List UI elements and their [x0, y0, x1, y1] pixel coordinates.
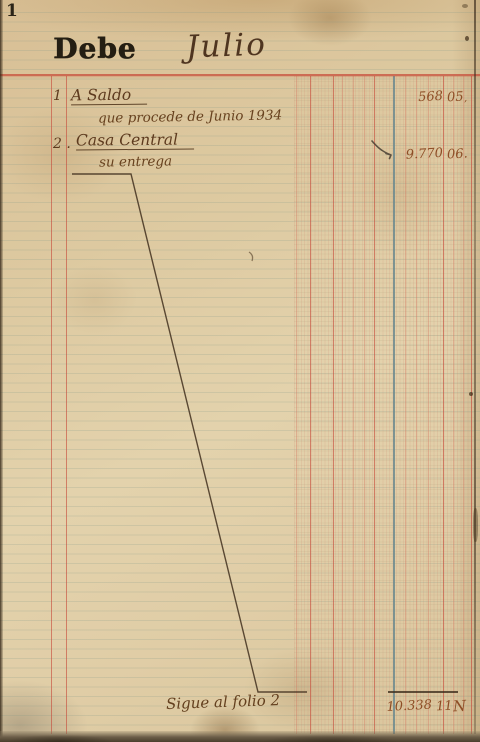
entry-day-number: 2 . [53, 136, 71, 152]
column-rule-red [66, 76, 67, 734]
column-rule-pink [296, 76, 297, 734]
total-amount-units: 10.338 [378, 698, 433, 716]
total-amount-cents: 11 [436, 699, 453, 715]
posting-mark: , [464, 93, 468, 104]
page-left-edge [0, 0, 3, 742]
entry-detail: su entrega [99, 153, 172, 170]
column-rule-pink [463, 76, 464, 734]
column-rule-red [51, 76, 52, 734]
header-rule [0, 74, 480, 76]
entry-amount-cents: 05 [447, 90, 464, 106]
column-rule-pink [428, 76, 429, 734]
column-rule-pink [353, 76, 354, 734]
edge-smudge [473, 508, 478, 542]
column-rule-pink [405, 76, 406, 734]
column-rule-red [374, 76, 375, 734]
auditor-flourish-mark: N [453, 697, 467, 716]
tick-mark-icon [370, 139, 396, 161]
entry-day-number: 1 [53, 88, 62, 104]
page-bottom-edge [0, 731, 480, 742]
column-rule-pink [364, 76, 365, 734]
entry-amount-units: 9.770 [396, 146, 444, 163]
entry-amount-cents: 06. [447, 146, 468, 162]
ledger-page: 1 Debe Julio 1 A Saldo que procede de Ju… [0, 0, 480, 742]
column-rule-red [310, 76, 311, 734]
next-page-edge [474, 0, 476, 734]
entry-description: A Saldo [71, 86, 147, 106]
entry-description: Casa Central [76, 130, 194, 150]
money-column-grid [294, 76, 474, 733]
month-header: Julio [185, 27, 267, 66]
entry-detail: que procede de Junio 1934 [98, 107, 282, 126]
entry-amount-units: 568 [400, 89, 444, 106]
column-rule-pink [342, 76, 343, 734]
ink-speck [465, 36, 469, 41]
debit-header: Debe [53, 32, 137, 65]
ink-speck [469, 392, 473, 396]
folio-number: 1 [6, 1, 18, 21]
column-rule-red [333, 76, 334, 734]
column-rule-blue [393, 76, 395, 734]
column-rule-red [443, 76, 444, 734]
column-rule-pink [416, 76, 417, 734]
ink-speck [462, 4, 468, 8]
column-rule-pink [453, 76, 454, 734]
column-rule-red [471, 76, 472, 734]
